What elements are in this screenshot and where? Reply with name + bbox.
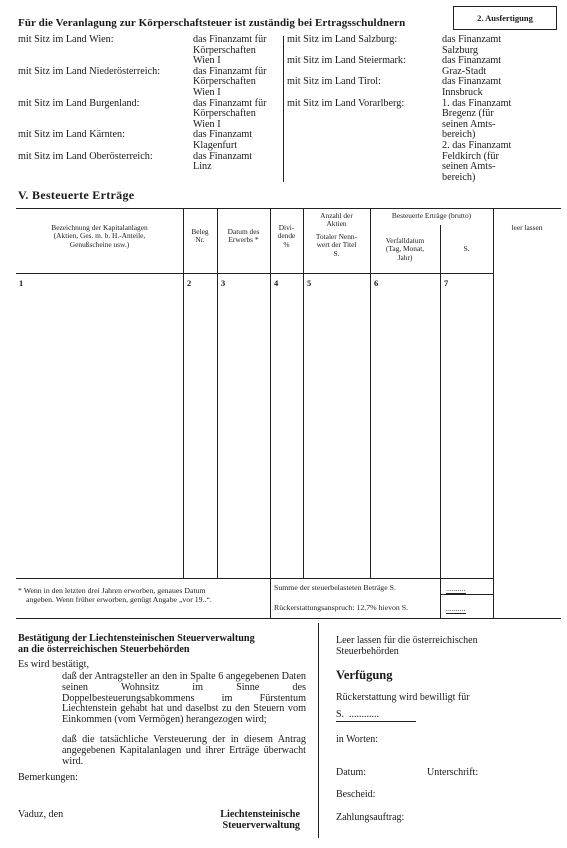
refund-value-field[interactable]: .......... [446, 604, 466, 614]
jurisdiction-office: das Finanzamt fürKörperschaftenWien I [193, 99, 267, 131]
col-divider-6 [440, 225, 441, 618]
footnote: * Wenn in den letzten drei Jahren erworb… [18, 586, 268, 604]
jurisdiction-land: mit Sitz im Land Tirol: [287, 77, 442, 98]
lower-divider [318, 623, 319, 838]
jurisdiction-land: mit Sitz im Land Oberösterreich: [18, 152, 193, 173]
jurisdiction-row: mit Sitz im Land Burgenland:das Finanzam… [18, 99, 267, 131]
sum-row-divider [440, 594, 493, 595]
header-c7: S. [440, 245, 493, 253]
jurisdiction-right-column: mit Sitz im Land Salzburg:das FinanzamtS… [287, 35, 511, 183]
jurisdiction-office: das Finanzamt fürKörperschaftenWien I [193, 35, 267, 67]
col-divider-4 [303, 208, 304, 578]
table-bottom-border [16, 618, 561, 619]
jurisdiction-row: mit Sitz im Land Niederösterreich:das Fi… [18, 67, 267, 99]
approved-amount-field[interactable]: S. ............ [336, 710, 416, 722]
jurisdiction-left-column: mit Sitz im Land Wien:das Finanzamt fürK… [18, 35, 267, 173]
jurisdiction-office: das Finanzamt fürKörperschaftenWien I [193, 67, 267, 99]
official-note: Leer lassen für die österreichischen Ste… [336, 636, 478, 657]
jurisdiction-office: das FinanzamtSalzburg [442, 35, 501, 56]
jurisdiction-row: mit Sitz im Land Wien:das Finanzamt fürK… [18, 35, 267, 67]
jurisdiction-row: mit Sitz im Land Oberösterreich:das Fina… [18, 152, 267, 173]
jurisdiction-divider [283, 36, 284, 182]
header-c1: Bezeichnung der Kapitalanlagen (Aktien, … [16, 224, 183, 249]
page-title: Für die Veranlagung zur Körperschaftsteu… [18, 17, 405, 29]
payment-order-label: Zahlungsauftrag: [336, 813, 404, 824]
jurisdiction-land: mit Sitz im Land Burgenland: [18, 99, 193, 131]
col-divider-2 [217, 208, 218, 578]
col-divider-1 [183, 208, 184, 578]
col-number-6: 6 [374, 278, 378, 288]
col-number-2: 2 [187, 278, 191, 288]
confirmation-title: Bestätigung der Liechtensteinischen Steu… [18, 633, 308, 655]
jurisdiction-row: mit Sitz im Land Kärnten:das FinanzamtKl… [18, 130, 267, 151]
jurisdiction-land: mit Sitz im Land Vorarlberg: [287, 99, 442, 184]
jurisdiction-office: das FinanzamtInnsbruck [442, 77, 501, 98]
jurisdiction-office: das FinanzamtLinz [193, 152, 252, 173]
disposition-title: Verfügung [336, 668, 393, 683]
table-top-border [16, 208, 561, 209]
refund-approved-text: Rückerstattung wird bewilligt für [336, 693, 470, 704]
place-date-label: Vaduz, den [18, 810, 63, 821]
confirmation-para-2: daß die tatsächliche Versteuerung der in… [62, 735, 306, 767]
remarks-label: Bemerkungen: [18, 773, 78, 784]
header-group: Besteuerte Erträge (brutto) [370, 212, 493, 220]
col-number-4: 4 [274, 278, 278, 288]
col-divider-5 [370, 208, 371, 578]
jurisdiction-land: mit Sitz im Land Wien: [18, 35, 193, 67]
jurisdiction-land: mit Sitz im Land Salzburg: [287, 35, 442, 56]
refund-label: Rückerstattungsanspruch: 12,7% hievon S. [274, 603, 438, 612]
table-header-divider [16, 273, 493, 274]
in-words-label: in Worten: [336, 735, 378, 746]
header-c6: Verfalldatum (Tag, Monat, Jahr) [370, 237, 440, 262]
jurisdiction-row: mit Sitz im Land Salzburg:das FinanzamtS… [287, 35, 511, 56]
header-c4: Divi- dende % [270, 224, 303, 249]
sum-value-field[interactable]: .......... [446, 584, 466, 594]
signature-label: Unterschrift: [427, 768, 478, 779]
jurisdiction-land: mit Sitz im Land Kärnten: [18, 130, 193, 151]
header-c2: Beleg Nr. [183, 228, 217, 245]
table-body-bottom [16, 578, 493, 579]
confirmation-intro: Es wird bestätigt, [18, 660, 89, 671]
copy-label-box: 2. Ausfertigung [453, 6, 557, 30]
header-c3: Datum des Erwerbs * [217, 228, 270, 245]
col-divider-7 [493, 208, 494, 618]
section-title: V. Besteuerte Erträge [18, 188, 134, 203]
col-divider-3 [270, 208, 271, 618]
header-c5: Anzahl der Aktien Totaler Nenn- wert der… [303, 212, 370, 258]
issuer-signature: Liechtensteinische Steuerverwaltung [190, 810, 300, 832]
header-c8: leer lassen [493, 224, 561, 232]
jurisdiction-office: das FinanzamtGraz-Stadt [442, 56, 501, 77]
confirmation-para-1: daß der Antragsteller an den in Spalte 6… [62, 672, 306, 726]
col-number-3: 3 [221, 278, 225, 288]
jurisdiction-row: mit Sitz im Land Vorarlberg:1. das Finan… [287, 99, 511, 184]
decision-label: Bescheid: [336, 790, 375, 801]
col-number-7: 7 [444, 278, 448, 288]
col-number-5: 5 [307, 278, 311, 288]
sum-label: Summe der steuerbelasteten Beträge S. [274, 583, 438, 592]
col-number-1: 1 [19, 278, 23, 288]
jurisdiction-row: mit Sitz im Land Steiermark:das Finanzam… [287, 56, 511, 77]
copy-label: 2. Ausfertigung [477, 13, 533, 23]
date-label: Datum: [336, 768, 366, 779]
jurisdiction-office: 1. das FinanzamtBregenz (fürseinen Amts-… [442, 99, 511, 184]
jurisdiction-row: mit Sitz im Land Tirol:das FinanzamtInns… [287, 77, 511, 98]
jurisdiction-land: mit Sitz im Land Steiermark: [287, 56, 442, 77]
jurisdiction-office: das FinanzamtKlagenfurt [193, 130, 252, 151]
jurisdiction-land: mit Sitz im Land Niederösterreich: [18, 67, 193, 99]
